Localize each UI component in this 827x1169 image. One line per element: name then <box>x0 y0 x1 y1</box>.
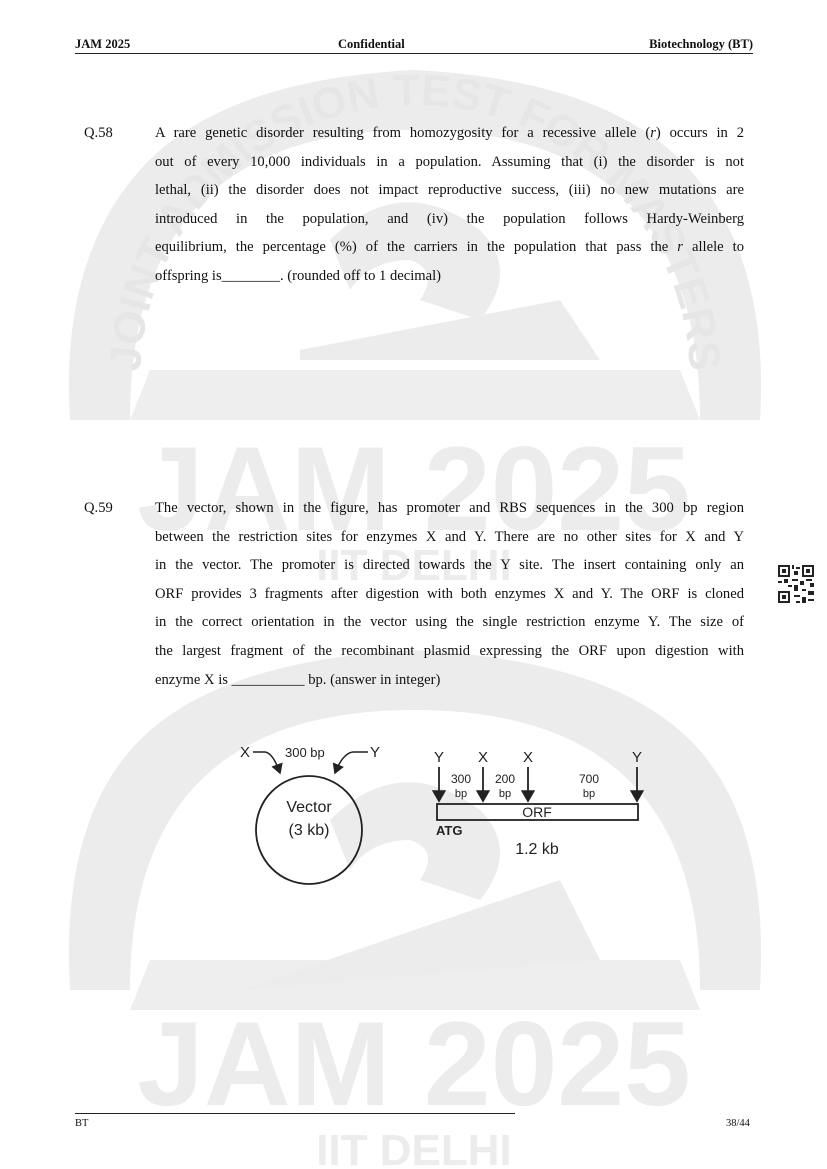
question-text-line: lethal, (ii) the disorder does not impac… <box>155 176 744 205</box>
insert-site-label: Y <box>434 749 444 766</box>
fragment-unit: bp <box>499 788 511 800</box>
question-text-line: introduced in the population, and (iv) t… <box>155 205 744 234</box>
question-number: Q.58 <box>84 119 113 148</box>
question-text-line: in the correct orientation in the vector… <box>155 608 744 637</box>
footer-subject-code: BT <box>75 1118 88 1129</box>
vector-site-y-label: Y <box>370 744 380 761</box>
question-text-line: in the vector. The promoter is directed … <box>155 551 744 580</box>
header-subject: Biotechnology (BT) <box>649 37 753 52</box>
fragment-size: 700 <box>579 772 599 786</box>
insert-site-label: Y <box>632 749 642 766</box>
question-text-line: between the restriction sites for enzyme… <box>155 523 744 552</box>
insert-diagram: Y X X Y 300 bp 200 bp 700 bp ORF ATG 1.2… <box>434 749 642 858</box>
start-codon-label: ATG <box>436 823 462 838</box>
watermark-iit-text-lower: IIT DELHI <box>316 1126 512 1169</box>
question-59-figure: X Y 300 bp Vector (3 kb) Y X X Y 300 bp … <box>225 735 655 885</box>
vector-site-x-label: X <box>240 744 250 761</box>
insert-length-label: 1.2 kb <box>515 841 559 858</box>
question-number: Q.59 <box>84 494 113 523</box>
question-text-line: enzyme X is __________ bp. (answer in in… <box>155 666 744 695</box>
site-x-arrow <box>253 752 280 773</box>
vector-diagram: X Y 300 bp Vector (3 kb) <box>240 744 380 884</box>
watermark-jam-text-lower: JAM 2025 <box>137 997 691 1131</box>
question-text: The vector, shown in the figure, has pro… <box>155 494 744 694</box>
question-text-line: the largest fragment of the recombinant … <box>155 637 744 666</box>
fragment-size: 300 <box>451 772 471 786</box>
question-text-line: equilibrium, the percentage (%) of the c… <box>155 233 744 262</box>
vector-region-label: 300 bp <box>285 745 325 760</box>
vector-name: Vector <box>286 799 332 816</box>
question-text-line: offspring is________. (rounded off to 1 … <box>155 262 744 291</box>
fragment-unit: bp <box>455 788 467 800</box>
question-text-line: The vector, shown in the figure, has pro… <box>155 494 744 523</box>
fragment-unit: bp <box>583 788 595 800</box>
header-exam-name: JAM 2025 <box>75 37 130 52</box>
question-text-line: A rare genetic disorder resulting from h… <box>155 119 744 148</box>
insert-site-label: X <box>478 749 488 766</box>
orf-label: ORF <box>522 804 552 820</box>
vector-size: (3 kb) <box>289 822 330 839</box>
page-number: 38/44 <box>726 1118 750 1129</box>
footer-divider <box>75 1113 515 1114</box>
site-y-arrow <box>335 752 368 773</box>
header-divider <box>75 53 753 54</box>
insert-site-label: X <box>523 749 533 766</box>
question-text-line: ORF provides 3 fragments after digestion… <box>155 580 744 609</box>
fragment-size: 200 <box>495 772 515 786</box>
question-text-line: out of every 10,000 individuals in a pop… <box>155 148 744 177</box>
exam-page: JAM 2025 IIT DELHI JAM 2025 IIT DELHI JO… <box>0 0 827 1169</box>
question-text: A rare genetic disorder resulting from h… <box>155 119 744 291</box>
header-confidential: Confidential <box>338 37 405 52</box>
qr-code-icon <box>776 563 816 605</box>
